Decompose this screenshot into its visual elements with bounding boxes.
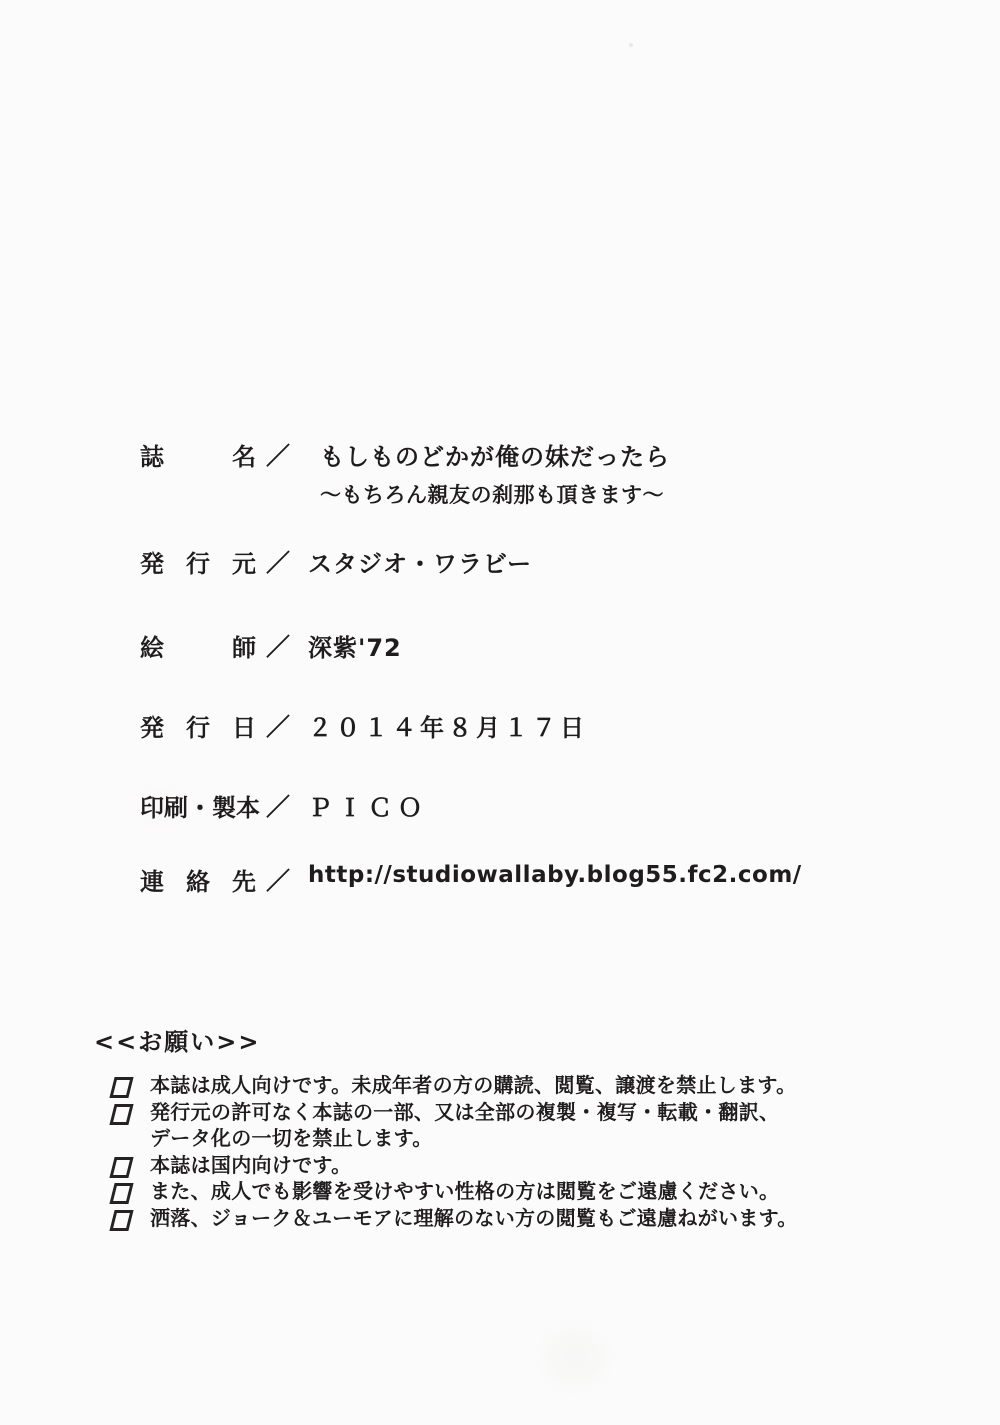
printer-name: ＰＩＣＯ xyxy=(308,788,428,823)
colophon-row-printer: 印刷・製本 ／ ＰＩＣＯ xyxy=(140,788,428,823)
notice-item-text-continued: データ化の一切を禁止します。 xyxy=(150,1125,870,1152)
row-label-printer: 印刷・製本 xyxy=(140,788,256,823)
row-value-title: もしものどかが俺の妹だったら ～もちろん親友の刹那も頂きます～ xyxy=(320,437,670,509)
checkbox-icon xyxy=(109,1157,133,1178)
checkbox-icon xyxy=(109,1183,133,1204)
booklet-subtitle: ～もちろん親友の刹那も頂きます～ xyxy=(320,479,670,509)
separator-slash: ／ xyxy=(256,436,300,471)
publication-date: ２０１４年８月１７日 xyxy=(308,708,588,743)
colophon-row-title: 誌名 ／ もしものどかが俺の妹だったら ～もちろん親友の刹那も頂きます～ xyxy=(140,437,670,509)
row-label-artist: 絵師 xyxy=(140,628,256,663)
colophon-row-contact: 連絡先 ／ http://studiowallaby.blog55.fc2.co… xyxy=(140,862,802,897)
row-label-publisher: 発行元 xyxy=(140,544,256,579)
checkbox-icon xyxy=(109,1210,133,1231)
notice-item-text: 本誌は成人向けです。未成年者の方の購読、閲覧、譲渡を禁止します。 xyxy=(150,1072,870,1099)
row-label-contact: 連絡先 xyxy=(140,862,256,897)
contact-url: http://studiowallaby.blog55.fc2.com/ xyxy=(308,862,802,888)
checkbox-icon xyxy=(109,1077,133,1098)
notice-item: 発行元の許可なく本誌の一部、又は全部の複製・複写・転載・翻訳、 データ化の一切を… xyxy=(110,1099,870,1152)
notice-item-text: 発行元の許可なく本誌の一部、又は全部の複製・複写・転載・翻訳、 xyxy=(150,1099,870,1126)
notice-item: また、成人でも影響を受けやすい性格の方は閲覧をご遠慮ください。 xyxy=(110,1178,870,1205)
separator-slash: ／ xyxy=(256,543,300,578)
notice-item-text: 本誌は国内向けです。 xyxy=(150,1152,870,1179)
notice-item: 本誌は成人向けです。未成年者の方の購読、閲覧、譲渡を禁止します。 xyxy=(110,1072,870,1099)
scanned-colophon-page: 誌名 ／ もしものどかが俺の妹だったら ～もちろん親友の刹那も頂きます～ 発行元… xyxy=(0,0,1000,1425)
publisher-name: スタジオ・ワラビー xyxy=(308,544,532,579)
scan-speck xyxy=(629,43,633,47)
separator-slash: ／ xyxy=(256,627,300,662)
separator-slash: ／ xyxy=(256,707,300,742)
artist-name: 深紫'72 xyxy=(308,628,402,663)
row-label-title: 誌名 xyxy=(140,437,256,472)
row-label-date: 発行日 xyxy=(140,708,256,743)
scan-smudge xyxy=(545,1330,605,1385)
separator-slash: ／ xyxy=(256,787,300,822)
colophon-row-date: 発行日 ／ ２０１４年８月１７日 xyxy=(140,708,588,743)
notice-item-text: 洒落、ジョーク＆ユーモアに理解のない方の閲覧もご遠慮ねがいます。 xyxy=(150,1205,870,1232)
separator-slash: ／ xyxy=(256,861,300,896)
booklet-title: もしものどかが俺の妹だったら xyxy=(320,437,670,472)
notice-list: 本誌は成人向けです。未成年者の方の購読、閲覧、譲渡を禁止します。 発行元の許可な… xyxy=(110,1072,870,1231)
colophon-row-publisher: 発行元 ／ スタジオ・ワラビー xyxy=(140,544,532,579)
notice-item-text: また、成人でも影響を受けやすい性格の方は閲覧をご遠慮ください。 xyxy=(150,1178,870,1205)
notice-item: 洒落、ジョーク＆ユーモアに理解のない方の閲覧もご遠慮ねがいます。 xyxy=(110,1205,870,1232)
checkbox-icon xyxy=(109,1104,133,1125)
notice-item: 本誌は国内向けです。 xyxy=(110,1152,870,1179)
notice-heading: <<お願い>> xyxy=(94,1022,260,1057)
colophon-row-artist: 絵師 ／ 深紫'72 xyxy=(140,628,402,663)
